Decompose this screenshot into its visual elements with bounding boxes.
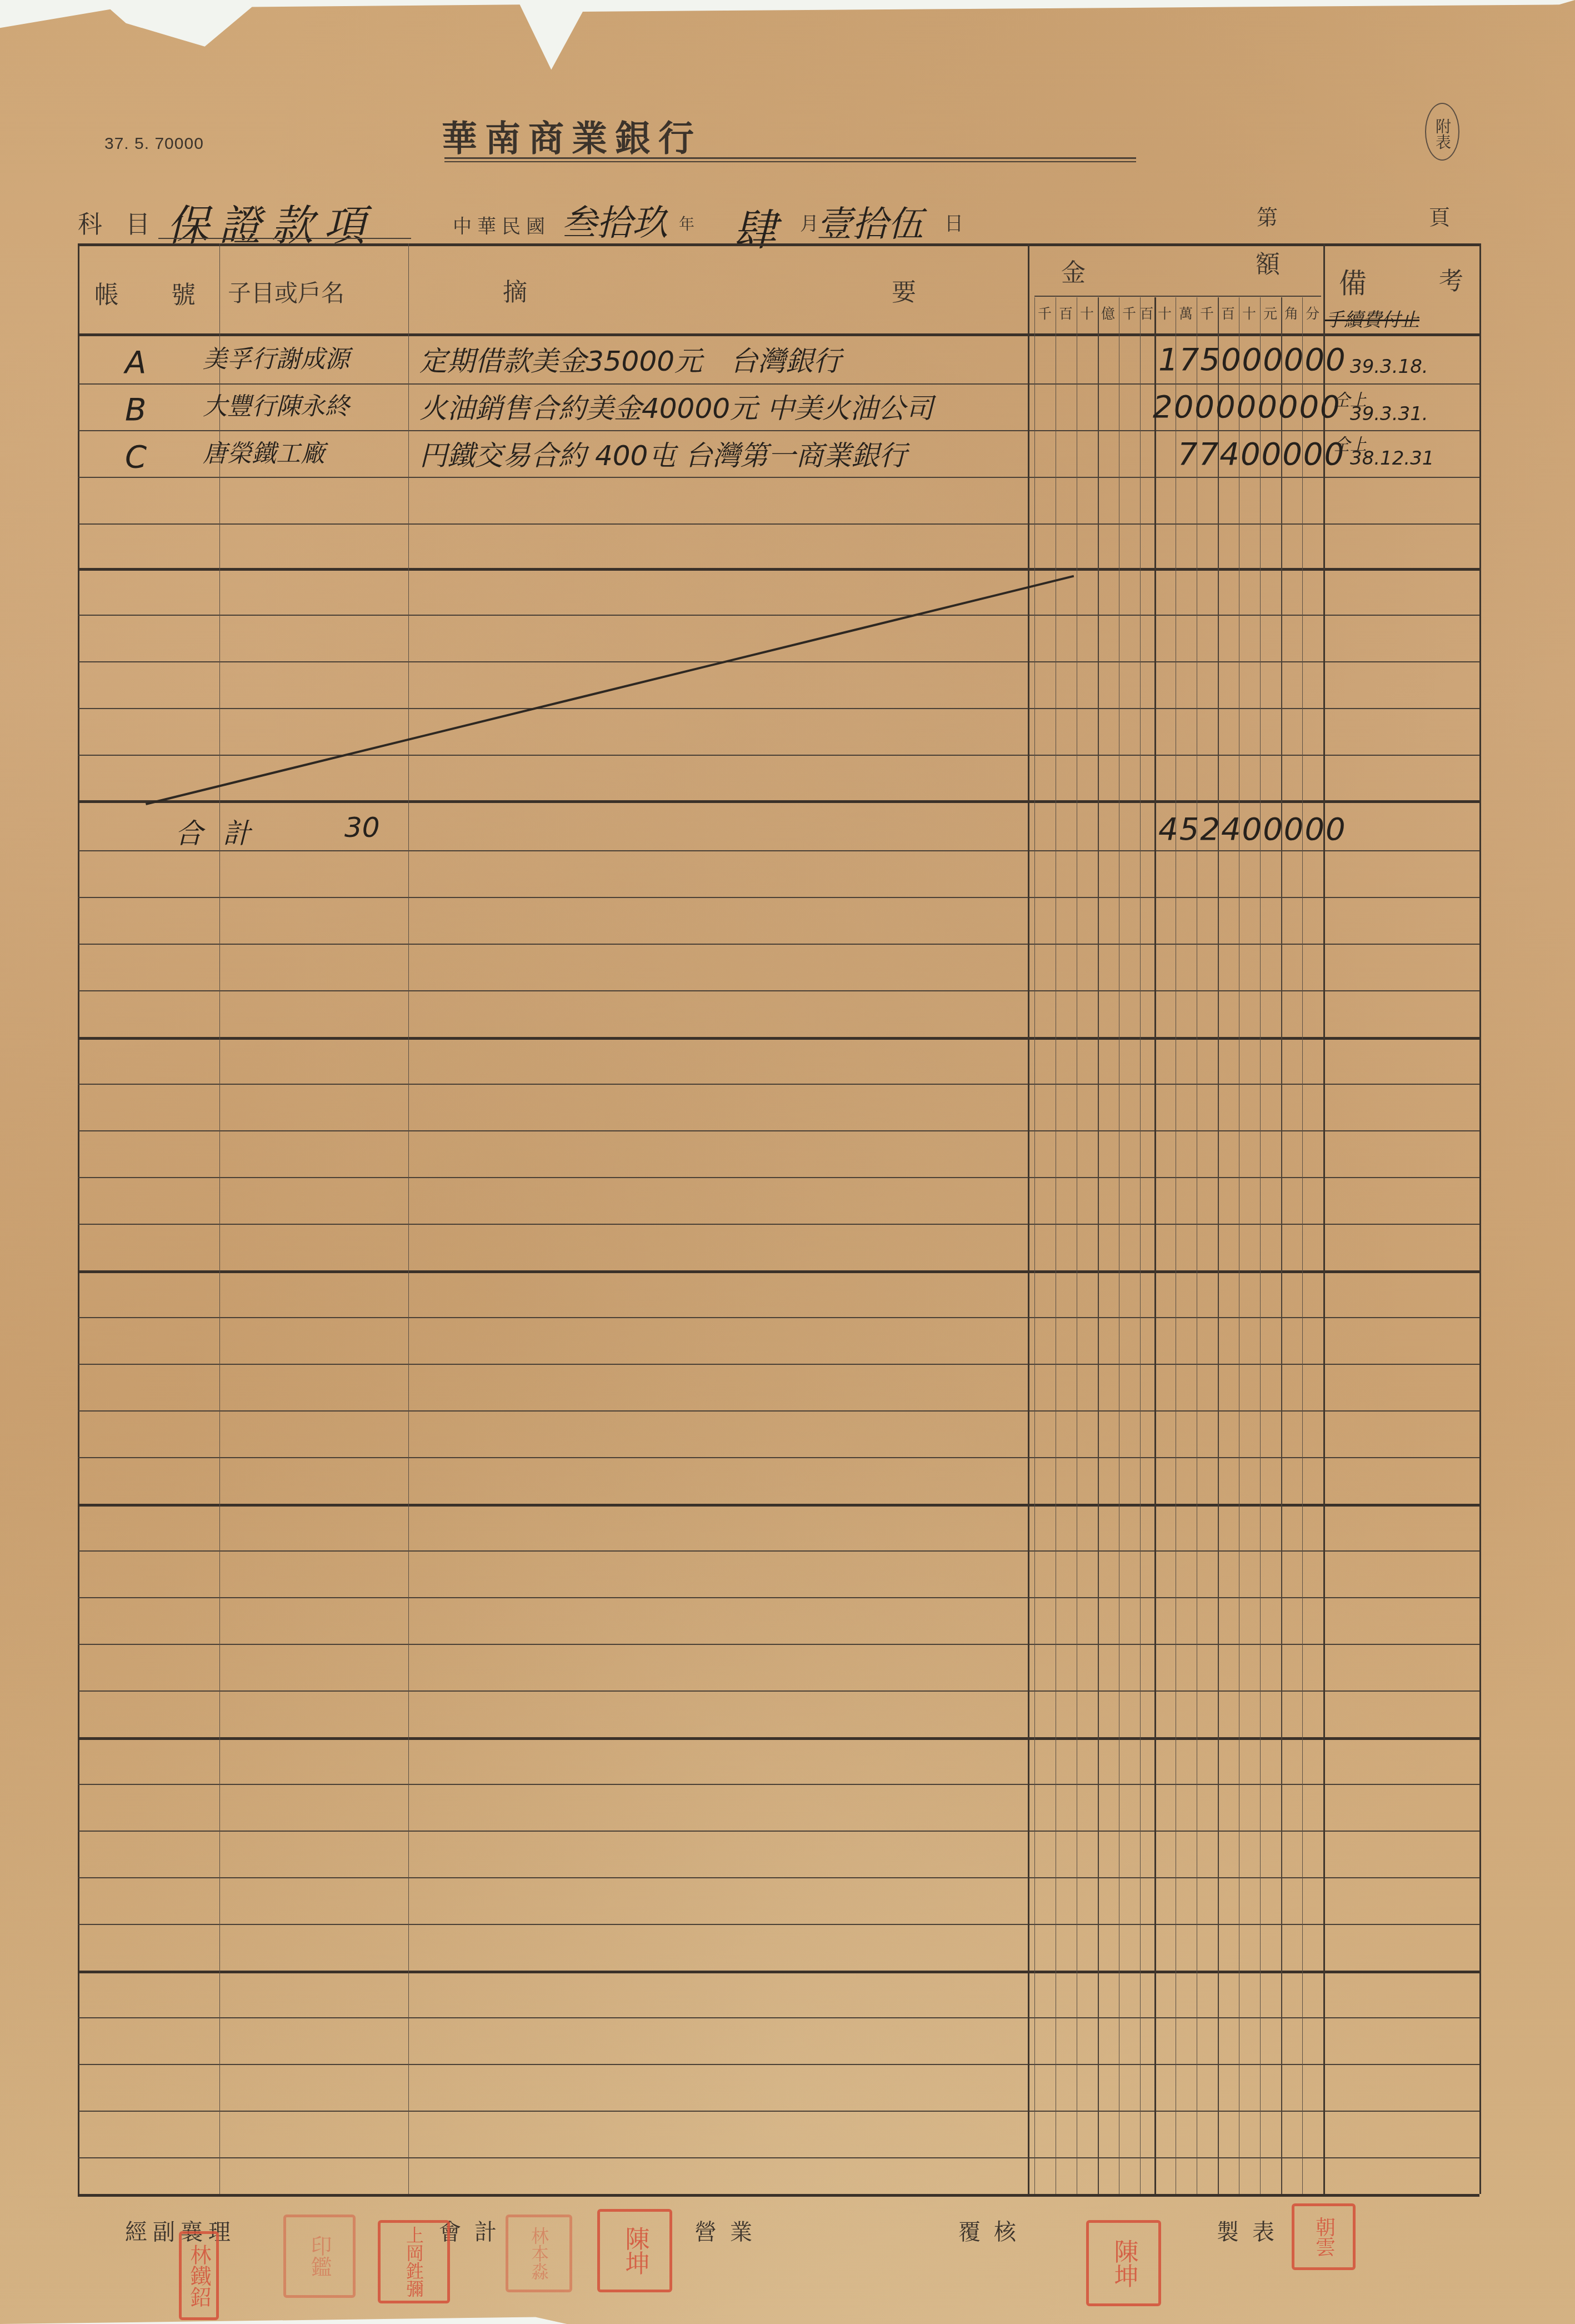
amount-grid <box>1302 297 1303 2194</box>
row-line-heavy <box>78 1971 1479 1973</box>
row-line <box>78 523 1479 525</box>
row-line <box>78 1831 1479 1832</box>
row-line <box>78 1690 1479 1692</box>
row-line <box>78 383 1479 385</box>
ledger-table <box>78 243 1481 2194</box>
attachment-badge: 附表 <box>1425 103 1459 161</box>
seal-stamp: 朝雲 <box>1292 2203 1356 2270</box>
row-a-amount: 175000000 <box>1158 342 1347 378</box>
row-b-amount: 200000000 <box>1153 389 1341 425</box>
row-line <box>78 661 1479 662</box>
total-count: 30 <box>344 811 380 844</box>
row-line <box>78 1364 1479 1365</box>
row-a-remark-date: 39.3.18. <box>1350 356 1428 378</box>
row-b-account: B <box>125 392 146 428</box>
seal-stamp: 林鐵鉊 <box>179 2231 219 2320</box>
amount-grid <box>1056 297 1056 2194</box>
amount-grid <box>1119 297 1119 2194</box>
row-c-amount: 77400000 <box>1178 436 1345 472</box>
amount-unit: 十 <box>1239 303 1259 323</box>
column-header-amount-left: 金 <box>1061 253 1086 288</box>
row-line <box>78 1177 1479 1178</box>
date-month-unit: 月 <box>800 208 819 236</box>
row-b-remark-date: 39.3.31. <box>1350 403 1428 425</box>
seal-stamp: 陳坤 <box>1086 2220 1161 2306</box>
form-code: 37. 5. 70000 <box>104 134 204 153</box>
remarks-header-note: 手續費付止 <box>1325 305 1419 332</box>
col-divider-amount <box>1323 243 1325 2194</box>
row-line <box>78 1130 1479 1131</box>
row-line <box>78 944 1479 945</box>
row-line-heavy <box>78 1037 1479 1040</box>
row-line <box>78 1457 1479 1458</box>
amount-grid <box>1077 297 1077 2194</box>
col-divider-summary <box>1028 243 1029 2194</box>
date-year-unit: 年 <box>679 212 694 235</box>
row-line <box>78 1877 1479 1878</box>
row-line <box>78 1784 1479 1785</box>
amount-unit: 十 <box>1077 303 1097 323</box>
row-line <box>78 708 1479 709</box>
amount-unit: 百 <box>1139 303 1154 323</box>
title-underline <box>444 157 1136 162</box>
row-b-sub-item: 大豐行陳永終 <box>203 386 349 422</box>
amount-grid <box>1197 297 1197 2194</box>
amount-unit: 千 <box>1035 303 1054 323</box>
amount-unit: 億 <box>1098 303 1118 323</box>
subject-label: 科 目 <box>78 205 158 240</box>
column-header-summary-right: 要 <box>892 272 916 308</box>
col-divider-subitem <box>408 243 409 2194</box>
row-line <box>78 2157 1479 2158</box>
row-line <box>78 2064 1479 2065</box>
row-a-account: A <box>125 345 146 381</box>
col-divider-account <box>219 243 220 2194</box>
date-day-unit: 日 <box>944 208 963 236</box>
row-line <box>78 2017 1479 2018</box>
table-bottom-border <box>78 2194 1479 2197</box>
page-label: 第 <box>1257 200 1278 231</box>
row-line <box>78 990 1479 991</box>
amount-unit: 百 <box>1056 303 1076 323</box>
column-header-sub-item: 子目或戶名 <box>228 275 344 308</box>
amount-grid <box>1260 297 1261 2194</box>
row-line <box>78 755 1479 756</box>
row-c-sub-item: 唐榮鐵工廠 <box>203 433 325 469</box>
row-line <box>78 430 1479 431</box>
row-line-heavy <box>78 1270 1479 1273</box>
signature-prepared-by: 製表 <box>1217 2215 1288 2246</box>
date-prefix: 中華民國 <box>453 211 551 238</box>
amount-unit: 元 <box>1261 303 1280 323</box>
row-line <box>78 1597 1479 1598</box>
amount-unit: 萬 <box>1176 303 1196 323</box>
seal-stamp: 陳坤 <box>597 2209 672 2292</box>
amount-subheader-rule <box>1034 296 1321 297</box>
amount-grid <box>1218 297 1219 2194</box>
amount-unit: 千 <box>1119 303 1139 323</box>
date-year: 叁拾玖 <box>561 195 668 246</box>
bank-name-title: 華南商業銀行 <box>442 110 702 161</box>
row-line <box>78 850 1479 851</box>
total-label: 合計 <box>175 811 271 851</box>
column-header-account-no: 帳 號 <box>94 275 218 311</box>
row-line <box>78 1317 1479 1318</box>
subject-underline <box>158 238 411 239</box>
row-line-heavy <box>78 568 1479 571</box>
row-a-sub-item: 美孚行謝成源 <box>203 339 349 375</box>
row-c-remark-date: 38.12.31 <box>1350 447 1434 470</box>
page-unit: 頁 <box>1429 200 1450 231</box>
row-line-heavy <box>78 1737 1479 1740</box>
row-line <box>78 2111 1479 2112</box>
amount-unit: 十 <box>1155 303 1174 323</box>
signature-review: 覆核 <box>958 2215 1029 2246</box>
column-header-amount-right: 額 <box>1256 245 1280 280</box>
row-line <box>78 477 1479 478</box>
row-line <box>78 1924 1479 1925</box>
amount-grid <box>1034 297 1035 2194</box>
row-line <box>78 1084 1479 1085</box>
seal-stamp: 林本淼 <box>506 2215 572 2292</box>
amount-grid <box>1176 297 1176 2194</box>
amount-unit: 百 <box>1218 303 1238 323</box>
amount-grid <box>1281 297 1282 2194</box>
row-line <box>78 1410 1479 1412</box>
header-bottom-border <box>78 333 1479 336</box>
row-b-summary: 火油銷售合約美金40000元 中美火油公司 <box>419 386 933 426</box>
row-c-summary: 円鐵交易合約 400屯 台灣第一商業銀行 <box>419 433 907 473</box>
column-header-summary-left: 摘 <box>503 272 527 308</box>
row-line <box>78 1224 1479 1225</box>
signature-business: 營業 <box>694 2215 766 2246</box>
seal-stamp: 上岡鉎彌 <box>378 2220 450 2303</box>
total-line-heavy <box>78 800 1479 803</box>
amount-unit: 千 <box>1197 303 1217 323</box>
row-line <box>78 615 1479 616</box>
amount-unit: 角 <box>1282 303 1301 323</box>
date-day: 壹拾伍 <box>817 196 923 247</box>
amount-unit: 分 <box>1303 303 1322 323</box>
amount-grid <box>1154 297 1156 2194</box>
row-line-heavy <box>78 1504 1479 1507</box>
amount-grid <box>1239 297 1239 2194</box>
amount-grid <box>1140 297 1141 2194</box>
row-c-account: C <box>125 439 147 475</box>
row-line <box>78 1550 1479 1552</box>
row-line <box>78 1644 1479 1645</box>
row-line <box>78 897 1479 898</box>
total-amount: 452400000 <box>1158 811 1347 847</box>
column-header-remarks-right: 考 <box>1439 261 1463 297</box>
amount-grid <box>1098 297 1099 2194</box>
column-header-remarks-left: 備 <box>1339 261 1367 301</box>
row-a-summary: 定期借款美金35000元 台灣銀行 <box>419 339 841 379</box>
seal-stamp: 印鑑 <box>283 2215 356 2298</box>
